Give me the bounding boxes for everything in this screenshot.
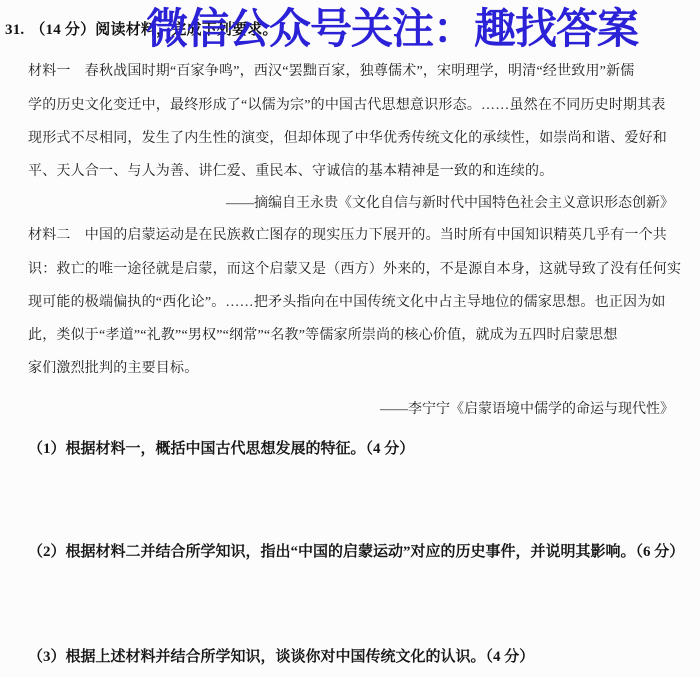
material-one-line: 材料一 春秋战国时期“百家争鸣”，西汉“罢黜百家，独尊儒术”，宋明理学，明清“经… — [28, 60, 634, 80]
sub-question-3: （3）根据上述材料并结合所学知识，谈谈你对中国传统文化的认识。（4 分） — [28, 645, 534, 666]
sub-question-1: （1）根据材料一，概括中国古代思想发展的特征。（4 分） — [28, 437, 414, 458]
exam-page: 31.（14 分）阅读材料，完成下列要求。 微信公众号关注：趣找答案 材料一 春… — [0, 0, 700, 677]
material-two-line: 家们激烈批判的主要目标。 — [28, 357, 198, 377]
material-two-line: 材料二 中国的启蒙运动是在民族救亡图存的现实压力下展开的。当时所有中国知识精英几… — [28, 224, 667, 244]
sub-question-2: （2）根据材料二并结合所学知识，指出“中国的启蒙运动”对应的历史事件，并说明其影… — [28, 540, 684, 561]
material-one-line: 学的历史文化变迁中，最终形成了“以儒为宗”的中国古代思想意识形态。……虽然在不同… — [28, 94, 666, 114]
watermark-overlay-text: 微信公众号关注：趣找答案 — [146, 0, 638, 56]
material-two-source: ——李宁宁《启蒙语境中儒学的命运与现代性》 — [380, 398, 674, 418]
material-one-source: ——摘编自王永贵《文化自信与新时代中国特色社会主义意识形态创新》 — [226, 192, 674, 212]
question-number: 31. — [5, 22, 24, 38]
material-one-line: 现形式不尽相同，发生了内生性的演变，但却体现了中华优秀传统文化的承续性，如崇尚和… — [28, 127, 667, 147]
material-two-line: 现可能的极端偏执的“西化论”。……把矛头指向在中国传统文化中占主导地位的儒家思想… — [28, 291, 666, 311]
material-two-line: 识：救亡的唯一途径就是启蒙，而这个启蒙又是（西方）外来的，不是源自本身，这就导致… — [28, 258, 681, 278]
material-two-line: 此，类似于“孝道”“礼教”“男权”“纲常”“名教”等儒家所崇尚的核心价值，就成为… — [28, 324, 618, 344]
material-one-line: 平、天人合一、与人为善、讲仁爱、重民本、守诚信的基本精神是一致的和连续的。 — [28, 160, 553, 180]
